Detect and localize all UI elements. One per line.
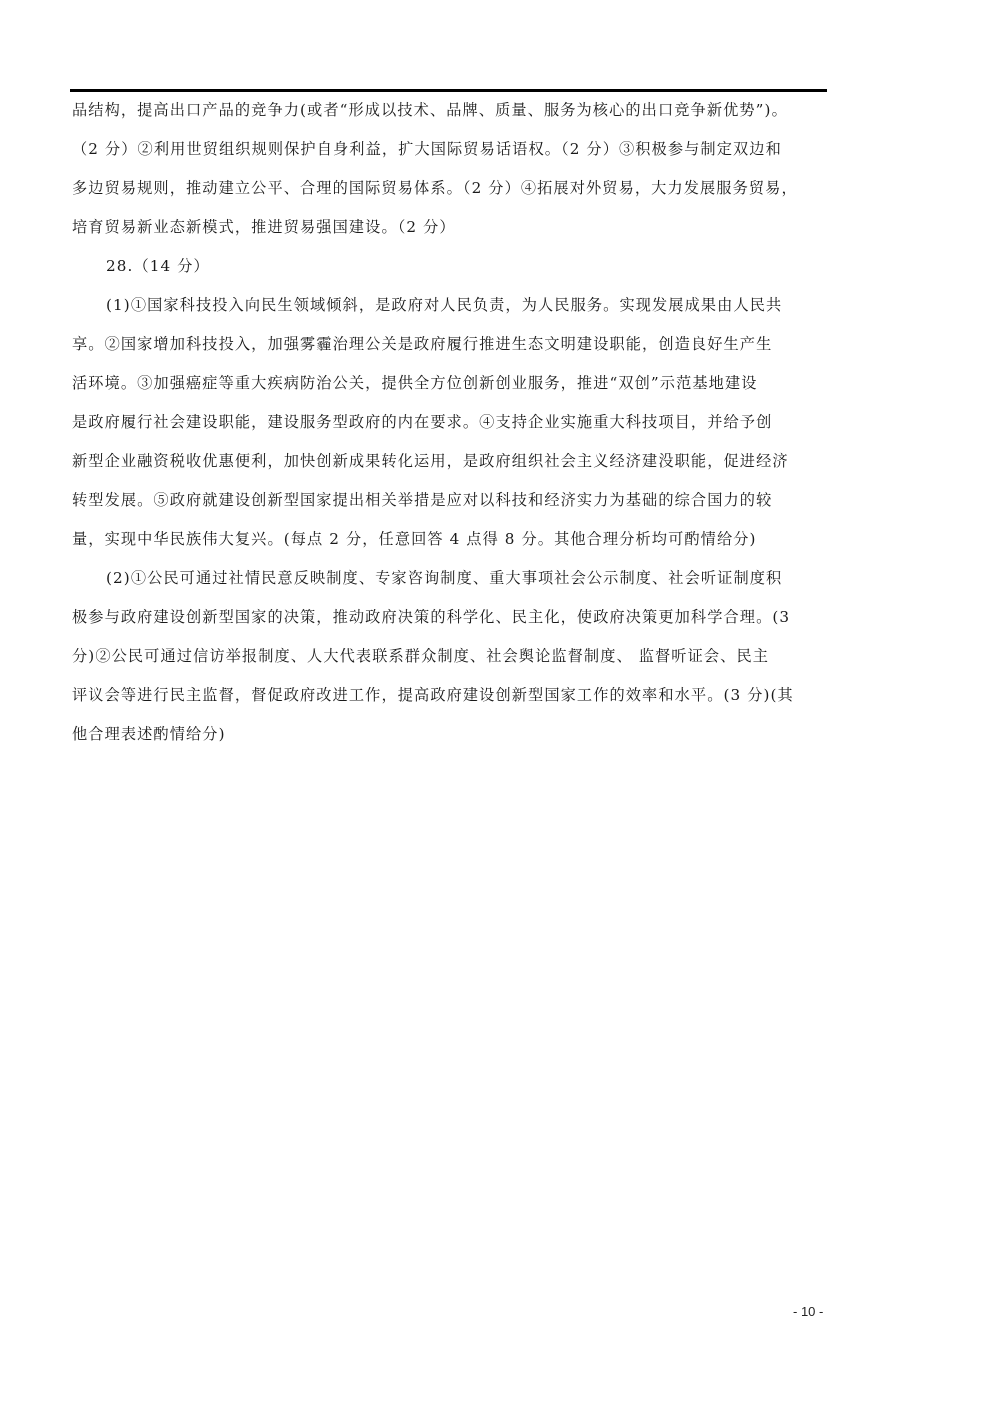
answer-part-1: (1)①国家科技投入向民生领域倾斜，是政府对人民负责，为人民服务。实现发展成果由… [72,290,832,563]
text-line: 多边贸易规则，推动建立公平、合理的国际贸易体系。（2 分）④拓展对外贸易，大力发… [72,173,832,212]
text-line: 分)②公民可通过信访举报制度、人大代表联系群众制度、社会舆论监督制度、 监督听证… [72,641,832,680]
text-line: 新型企业融资税收优惠便利，加快创新成果转化运用，是政府组织社会主义经济建没职能，… [72,446,832,485]
header-rule [70,89,827,92]
text-line: (2)①公民可通过社情民意反映制度、专家咨询制度、重大事项社会公示制度、社会听证… [72,563,832,602]
continued-answer: 品结构，提高出口产品的竞争力(或者“形成以技术、品牌、质量、服务为核心的出口竞争… [72,95,832,251]
page-number: - 10 - [793,1304,823,1319]
text-line: 品结构，提高出口产品的竞争力(或者“形成以技术、品牌、质量、服务为核心的出口竞争… [72,95,832,134]
text-line: 培育贸易新业态新模式，推进贸易强国建设。（2 分） [72,212,832,251]
text-line: （2 分）②利用世贸组织规则保护自身利益，扩大国际贸易话语权。（2 分）③积极参… [72,134,832,173]
text-line: 他合理表述酌情给分) [72,719,832,758]
document-body: 品结构，提高出口产品的竞争力(或者“形成以技术、品牌、质量、服务为核心的出口竞争… [72,95,832,758]
answer-part-2: (2)①公民可通过社情民意反映制度、专家咨询制度、重大事项社会公示制度、社会听证… [72,563,832,758]
text-line: 是政府履行社会建设职能，建设服务型政府的内在要求。④支持企业实施重大科技项目，并… [72,407,832,446]
text-line: 活环境。③加强癌症等重大疾病防治公关，提供全方位创新创业服务，推进“双创”示范基… [72,368,832,407]
text-line: 极参与政府建设创新型国家的决策，推动政府决策的科学化、民主化，使政府决策更加科学… [72,602,832,641]
text-line: 量，实现中华民族伟大复兴。(每点 2 分，任意回答 4 点得 8 分。其他合理分… [72,524,832,563]
text-line: (1)①国家科技投入向民生领域倾斜，是政府对人民负责，为人民服务。实现发展成果由… [72,290,832,329]
text-line: 转型发展。⑤政府就建设创新型国家提出相关举措是应对以科技和经济实力为基础的综合国… [72,485,832,524]
text-line: 评议会等进行民主监督，督促政府改进工作，提高政府建设创新型国家工作的效率和水平。… [72,680,832,719]
text-line: 享。②国家增加科技投入，加强雾霾治理公关是政府履行推进生态文明建设职能，创造良好… [72,329,832,368]
question-heading: 28.（14 分） [72,251,832,290]
